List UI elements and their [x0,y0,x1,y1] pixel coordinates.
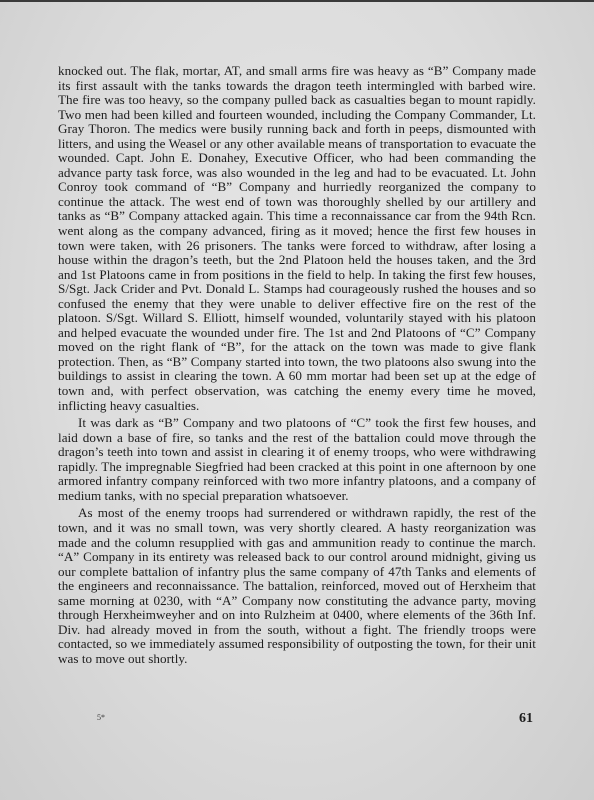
body-text: knocked out. The flak, mortar, AT, and s… [58,64,536,666]
printer-signature-mark: 5* [97,713,105,722]
scanned-book-page: knocked out. The flak, mortar, AT, and s… [0,0,594,800]
page-number: 61 [519,711,533,727]
paragraph-1: knocked out. The flak, mortar, AT, and s… [58,64,536,413]
paragraph-2: It was dark as “B” Company and two plato… [58,416,536,503]
paragraph-3: As most of the enemy troops had surrende… [58,506,536,666]
